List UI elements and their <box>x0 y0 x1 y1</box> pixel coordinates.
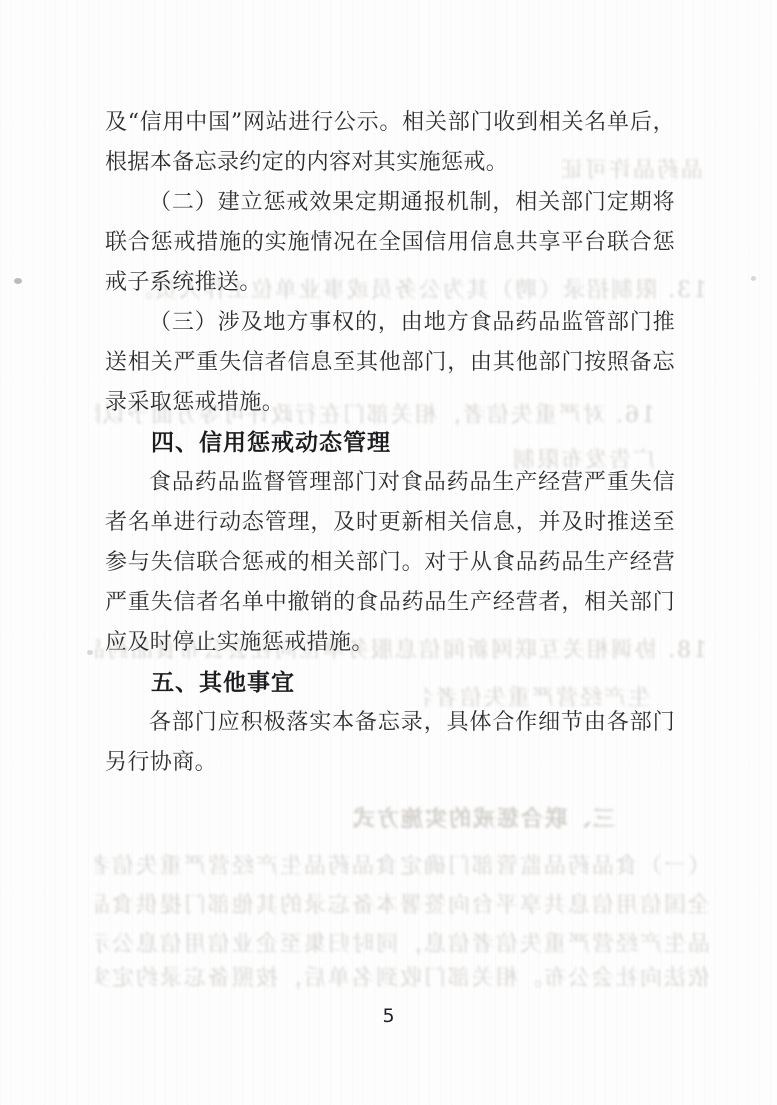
bleedthrough-text: （一）食品药品监管部门确定食品药品生产经营严重失信者，通过 <box>95 854 710 880</box>
page-number: 5 <box>0 1005 777 1027</box>
paragraph-continuation: 及“信用中国”网站进行公示。相关部门收到相关名单后，根据本备忘录约定的内容对其实… <box>105 103 675 183</box>
bleedthrough-text: 全国信用信息共享平台向签署本备忘录的其他部门提供食品药 <box>95 893 710 919</box>
section-heading-4: 四、信用惩戒动态管理 <box>105 423 675 463</box>
section-heading-5: 五、其他事宜 <box>105 663 675 703</box>
bleedthrough-text: 依法向社会公布。相关部门收到名单后，按照备忘录约定实施惩戒 <box>95 966 710 992</box>
document-body: 及“信用中国”网站进行公示。相关部门收到相关名单后，根据本备忘录约定的内容对其实… <box>105 103 675 783</box>
bleedthrough-text: 品生产经营严重失信者信息，同时归集至企业信用信息公示系统 <box>95 932 710 958</box>
paragraph-section-5: 各部门应积极落实本备忘录，具体合作细节由各部门另行协商。 <box>105 703 675 783</box>
scan-speck <box>87 650 93 655</box>
paragraph-item-3: （三）涉及地方事权的，由地方食品药品监管部门推送相关严重失信者信息至其他部门，由… <box>105 303 675 423</box>
paragraph-section-4: 食品药品监督管理部门对食品药品生产经营严重失信者名单进行动态管理，及时更新相关信… <box>105 463 675 663</box>
scan-speck <box>751 276 756 281</box>
bleedthrough-heading: 三、联合惩戒的实施方式 <box>335 806 615 832</box>
scanned-document-page: 品药品许可证 13. 限制招录（聘）其为公务员或事业单位工作人员。 16. 对严… <box>0 0 777 1105</box>
paragraph-item-2: （二）建立惩戒效果定期通报机制，相关部门定期将联合惩戒措施的实施情况在全国信用信… <box>105 183 675 303</box>
scan-speck <box>14 278 22 284</box>
